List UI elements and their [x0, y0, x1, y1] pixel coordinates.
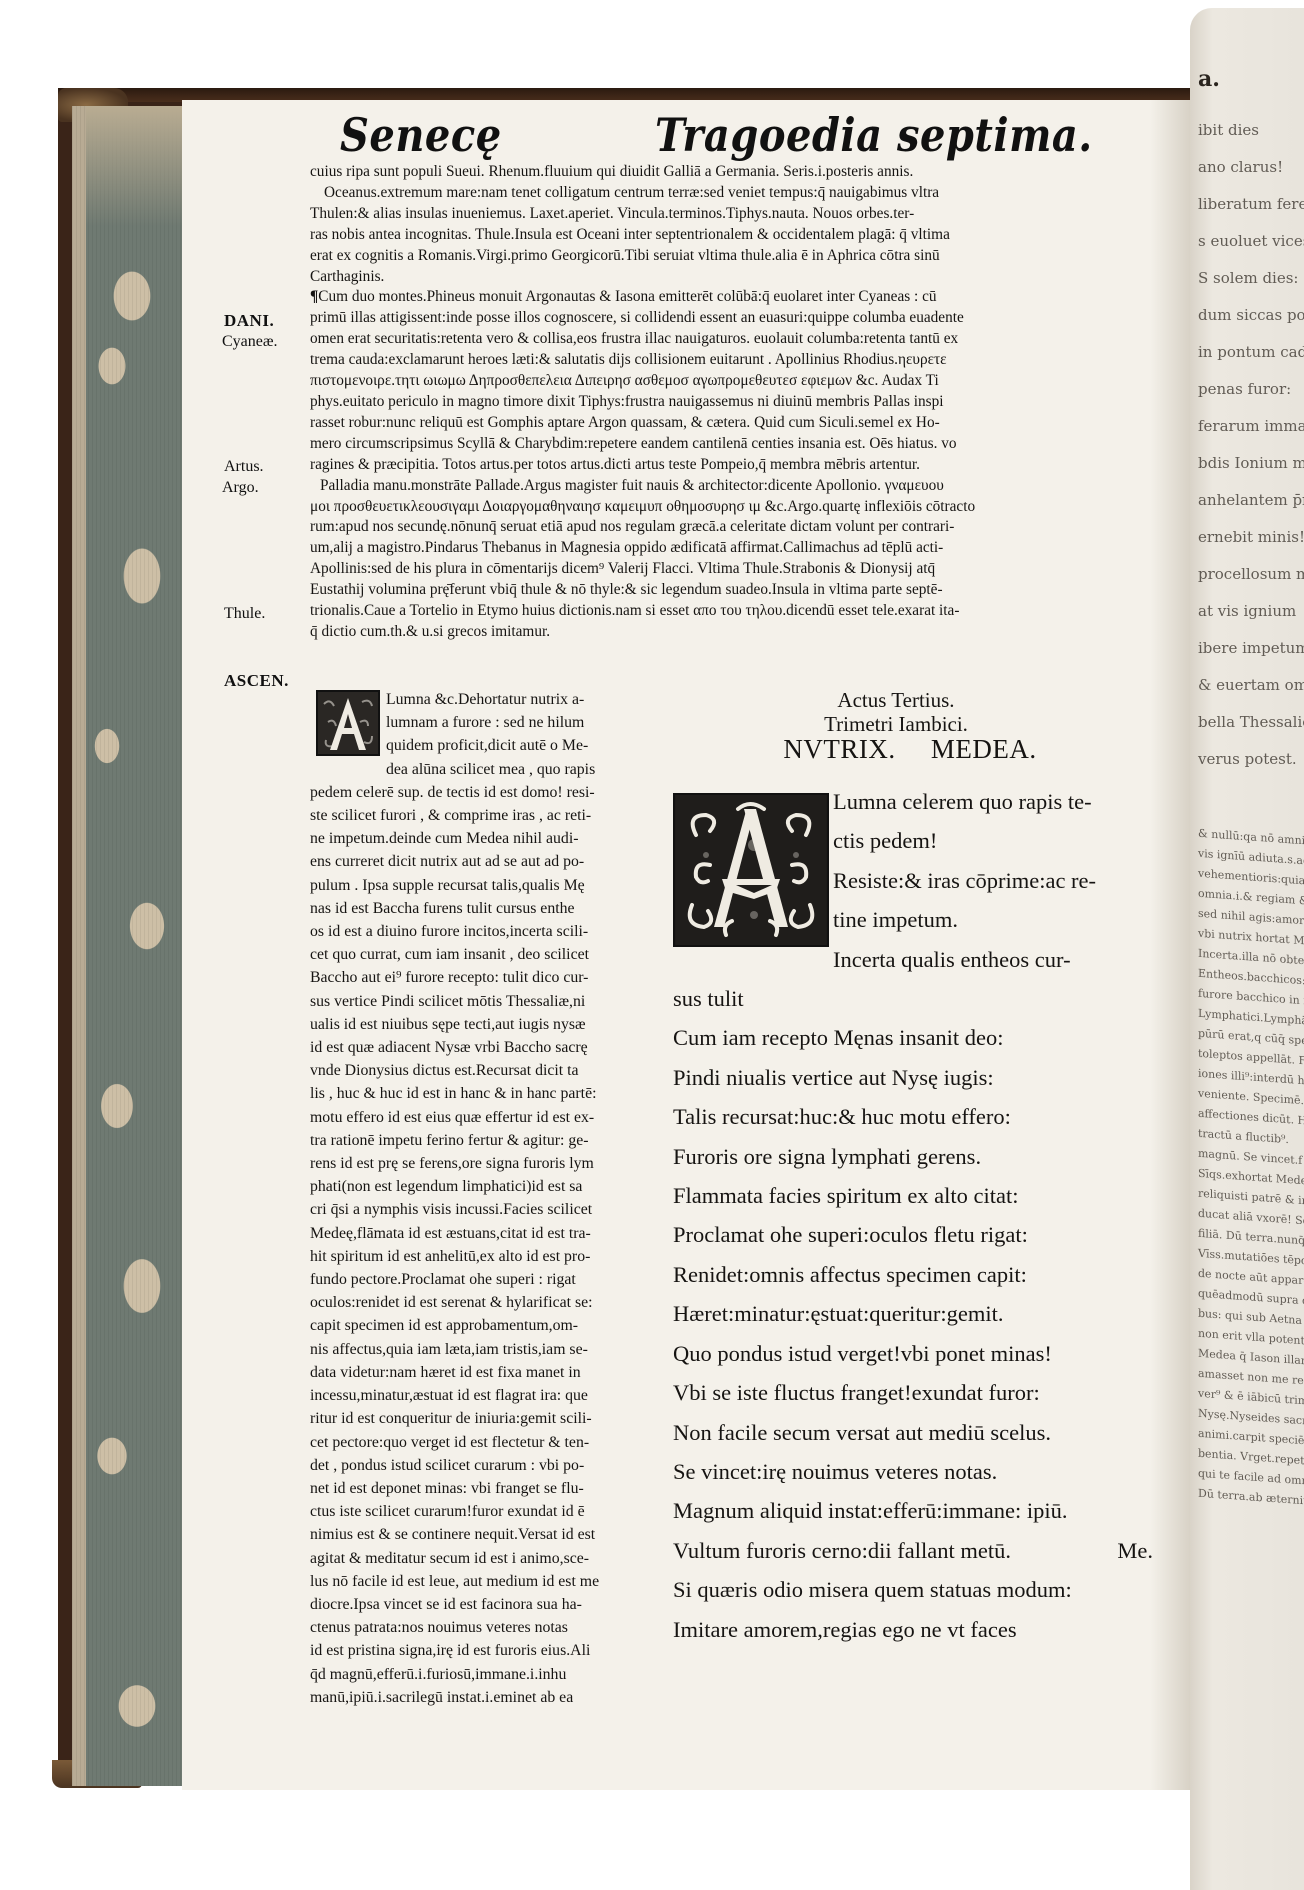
commentary-line: cet quo currat, cum iam insanit , deo sc…: [310, 943, 655, 966]
commentary-line: lus nō facile id est leue, aut medium id…: [310, 1570, 655, 1593]
commentary-line: motu effero id est eius quæ effertur id …: [310, 1106, 655, 1129]
commentary-line: hit spiritum id est anhelitū,ex alto id …: [310, 1245, 655, 1268]
verse-line: Hæret:minatur:ęstuat:queritur:gemit.: [673, 1294, 1153, 1333]
facing-line: dum siccas polus: [1198, 297, 1304, 334]
commentary-line: ne impetum.deinde cum Medea nihil audi-: [310, 827, 655, 850]
verse-line: Pindi niualis vertice aut Nysę iugis:: [673, 1058, 1153, 1097]
commentary-line: mero circumscripsimus Scyllā & Charybdim…: [310, 434, 1148, 455]
verse-line: Lumna celerem quo rapis te-: [673, 782, 1153, 821]
margin-note-artus: Artus.: [224, 458, 264, 475]
verse-column: Lumna celerem quo rapis te- ctis pedem! …: [673, 782, 1153, 1649]
commentary-line: vnde Dionysius dictus est.Recursat dicit…: [310, 1059, 655, 1082]
facing-line: ferarum immanitas:: [1198, 408, 1304, 445]
verse-line-with-speaker: Vultum furoris cerno:dii fallant metū.Me…: [673, 1531, 1153, 1570]
commentary-line: Apollinis:sed de his plura in cōmentarij…: [310, 559, 1148, 580]
verse-line: Imitare amorem,regias ego ne vt faces: [673, 1610, 1153, 1649]
verse-line: Furoris ore signa lymphati gerens.: [673, 1137, 1153, 1176]
commentary-line: ragines & præcipitia. Totos artus.per to…: [310, 455, 1148, 476]
commentary-line: dea alūna scilicet mea , quo rapis: [310, 758, 655, 781]
verse-line: Cum iam recepto Męnas insanit deo:: [673, 1018, 1153, 1057]
act-title: Actus Tertius.: [676, 688, 1116, 713]
commentary-line: agitat & meditatur secum id est i animo,…: [310, 1547, 655, 1570]
commentary-line: ste scilicet furori , & comprime iras , …: [310, 804, 655, 827]
commentary-line: ras nobis antea incognitas. Thule.Insula…: [310, 225, 1148, 246]
commentary-line: tra rationē impetu ferino fertur & agitu…: [310, 1129, 655, 1152]
commentary-line: fundo pectore.Proclamat ohe superi : rig…: [310, 1268, 655, 1291]
verse-line: Flammata facies spiritum ex alto citat:: [673, 1176, 1153, 1215]
commentary-line: net id est deponet minas: vbi franget se…: [310, 1477, 655, 1500]
commentary-line: diocre.Ipsa vincet se id est facinora su…: [310, 1593, 655, 1616]
speaker-label-medea: Me.: [1117, 1531, 1153, 1570]
facing-line: procellosum mare:: [1198, 556, 1304, 593]
commentary-line: ctus iste scilicet curarum!furor exundat…: [310, 1500, 655, 1523]
commentary-line: phati(non est legendum limphatici)id est…: [310, 1175, 655, 1198]
commentary-line-greek: πιστομενοιρε.τητι ωιωμω Δηπροσθεπελεια Δ…: [310, 371, 1148, 392]
verse-line: Talis recursat:huc:& huc motu effero:: [673, 1097, 1153, 1136]
margin-note-cyaneae: Cyaneæ.: [222, 333, 278, 350]
commentary-line: oculos:renidet id est serenat & hylarifi…: [310, 1291, 655, 1314]
facing-line: & euertam omnia.: [1198, 667, 1304, 704]
commentary-line: erat ex cognitis a Romanis.Virgi.primo G…: [310, 246, 1148, 267]
verse-line: Magnum aliquid instat:efferū:immane: ipi…: [673, 1491, 1153, 1530]
commentary-line: rum:apud nos secundę.nōnunq̄ seruat etiā…: [310, 517, 1148, 538]
commentary-line: ctenus patrata:nos nouimus veteres notas: [310, 1616, 655, 1639]
commentary-line: Carthaginis.: [310, 267, 1148, 288]
verse-line: Vbi se iste fluctus franget!exundat furo…: [673, 1373, 1153, 1412]
commentary-line: ritur id est conqueritur de iniuria:gemi…: [310, 1407, 655, 1430]
commentary-top-block: cuius ripa sunt populi Sueui. Rhenum.flu…: [310, 162, 1148, 643]
commentary-line: ualis id est niuibus sępe tecti,aut iugi…: [310, 1013, 655, 1036]
facing-line: ibere impetum:: [1198, 630, 1304, 667]
commentary-line: ens curreret dicit nutrix aut ad se aut …: [310, 850, 655, 873]
commentary-line: q̄d magnū,efferū.i.furiosū,immane.i.inhu: [310, 1663, 655, 1686]
commentary-line: pedem celerē sup. de tectis id est domo!…: [310, 781, 655, 804]
verse-line: Renidet:omnis affectus specimen capit:: [673, 1255, 1153, 1294]
commentary-line: det , pondus istud scilicet curarum : vb…: [310, 1454, 655, 1477]
commentary-line: omen erat securitatis:retenta vero & col…: [310, 329, 1148, 350]
facing-page-verse: ibit dies ano clarus! liberatum feret: s…: [1198, 112, 1304, 778]
commentary-line: trionalis.Caue a Tortelio in Etymo huius…: [310, 601, 1148, 622]
facing-line: ibit dies: [1198, 112, 1304, 149]
marbled-fore-edge: [72, 106, 182, 1786]
verse-line: Quo pondus istud verget!vbi ponet minas!: [673, 1334, 1153, 1373]
facing-page-commentary: & nullū:qa nō amnis rapid⁹ vis ignīū adi…: [1198, 824, 1304, 1512]
commentary-line: Medeę,flāmata id est æstuans,citat id es…: [310, 1222, 655, 1245]
margin-note-argo: Argo.: [222, 479, 259, 496]
commentary-line: trema cauda:exclamarunt heroes læti:& sa…: [310, 350, 1148, 371]
commentary-line: cri q̄si a nymphis visis incussi.Facies …: [310, 1198, 655, 1221]
verse-line: Incerta qualis entheos cur-: [673, 940, 1153, 979]
commentary-line: data videtur:nam hæret id est fixa manet…: [310, 1361, 655, 1384]
facing-line: penas furor:: [1198, 371, 1304, 408]
verse-line: ctis pedem!: [673, 821, 1153, 860]
commentary-line: Palladia manu.monstrāte Pallade.Argus ma…: [310, 476, 1148, 497]
commentary-line: id est quæ adiacent Nysæ vrbi Baccho sac…: [310, 1036, 655, 1059]
commentary-text: Cum duo montes.Phineus monuit Argonautas…: [318, 288, 936, 305]
facing-line: anhelantem p̄mens: [1198, 482, 1304, 519]
margin-note-dani: DANI.: [224, 312, 274, 329]
commentary-line: pulum . Ipsa supple recursat talis,quali…: [310, 874, 655, 897]
commentary-line: cuius ripa sunt populi Sueui. Rhenum.flu…: [310, 162, 1148, 183]
commentary-left-column: Lumna &c.Dehortatur nutrix a- lumnam a f…: [310, 688, 655, 1709]
commentary-line: sus vertice Pindi scilicet mōtis Thessal…: [310, 990, 655, 1013]
commentary-line: Lumna &c.Dehortatur nutrix a-: [310, 688, 655, 711]
facing-line: verus potest.: [1198, 741, 1304, 778]
turning-facing-page: a. ibit dies ano clarus! liberatum feret…: [1190, 8, 1304, 1890]
fore-edge-highlight: [86, 106, 182, 226]
speakers-heading: NVTRIX. MEDEA.: [670, 734, 1150, 765]
facing-page-folio-fragment: a.: [1198, 66, 1220, 92]
facing-line: s euoluet vices:: [1198, 223, 1304, 260]
facing-line: liberatum feret:: [1198, 186, 1304, 223]
running-head-title: Tragoedia septima.: [655, 108, 1093, 162]
commentary-line-greek: μοι προσθευετικλεουσιγαμι Δοιαργομαθηναι…: [310, 497, 1148, 518]
verse-line: sus tulit: [673, 979, 1153, 1018]
commentary-line: incessu,minatur,æstuat id est flagrat ir…: [310, 1384, 655, 1407]
commentary-line: rasset robur:nunc reliquū est Gomphis ap…: [310, 413, 1148, 434]
verse-line: tine impetum.: [673, 900, 1153, 939]
commentary-line: nis affectus,quia iam læta,iam tristis,i…: [310, 1338, 655, 1361]
commentary-line: nas id est Baccha furens tulit cursus en…: [310, 897, 655, 920]
commentary-line: nimius est & se continere nequit.Versat …: [310, 1523, 655, 1546]
commentary-line: lis , huc & huc id est in hanc & in hanc…: [310, 1082, 655, 1105]
running-head-author: Senecę: [340, 108, 502, 162]
commentary-line: um,alij a magistro.Pindarus Thebanus in …: [310, 538, 1148, 559]
commentary-line: phys.euitato periculo in magno timore di…: [310, 392, 1148, 413]
facing-line: S solem dies:: [1198, 260, 1304, 297]
commentary-line: cet pectore:quo verget id est flectetur …: [310, 1431, 655, 1454]
commentary-line: Baccho aut ei⁹ furore recepto: tulit dic…: [310, 966, 655, 989]
verse-line: Se vincet:irę nouimus veteres notas.: [673, 1452, 1153, 1491]
commentary-line: Eustathij volumina prę̄ferunt vbiq̄ thul…: [310, 580, 1148, 601]
commentary-line: quidem proficit,dicit autē o Me-: [310, 734, 655, 757]
commentary-line: os id est a diuino furore incitos,incert…: [310, 920, 655, 943]
margin-note-thule: Thule.: [224, 605, 265, 622]
commentary-line: q̄ dictio cum.th.& u.si grecos imitamur.: [310, 622, 1148, 643]
commentary-line: manū,ipiū.i.sacrilegū instat.i.eminet ab…: [310, 1686, 655, 1709]
verse-line: Si quæris odio misera quem statuas modum…: [673, 1570, 1153, 1609]
commentary-line: Oceanus.extremum mare:nam tenet colligat…: [310, 183, 1148, 204]
facing-line: ano clarus!: [1198, 149, 1304, 186]
facing-line: ernebit minis!: [1198, 519, 1304, 556]
verse-line: Resiste:& iras cōprime:ac re-: [673, 861, 1153, 900]
facing-line: at vis ignium: [1198, 593, 1304, 630]
facing-line: bdis Ionium mare: [1198, 445, 1304, 482]
commentary-line: capit specimen id est approbamentum,om-: [310, 1314, 655, 1337]
commentary-line: primū illas attigissent:inde posse illos…: [310, 308, 1148, 329]
verse-text: Vultum furoris cerno:dii fallant metū.: [673, 1538, 1011, 1563]
commentary-line: Thulen:& alias insulas inueniemus. Laxet…: [310, 204, 1148, 225]
commentary-line: rens id est prę se ferens,ore signa furo…: [310, 1152, 655, 1175]
verse-line: Non facile secum versat aut mediū scelus…: [673, 1413, 1153, 1452]
commentary-line-pilcrow: ¶Cum duo montes.Phineus monuit Argonauta…: [310, 287, 1148, 308]
commentary-line: lumnam a furore : sed ne hilum: [310, 711, 655, 734]
facing-line: bella Thessalici ducis: [1198, 704, 1304, 741]
facing-line: in pontum cadent:: [1198, 334, 1304, 371]
commentary-line: id est pristina signa,irę id est furoris…: [310, 1639, 655, 1662]
verse-line: Proclamat ohe superi:oculos fletu rigat:: [673, 1215, 1153, 1254]
margin-note-ascen: ASCEN.: [224, 672, 289, 689]
